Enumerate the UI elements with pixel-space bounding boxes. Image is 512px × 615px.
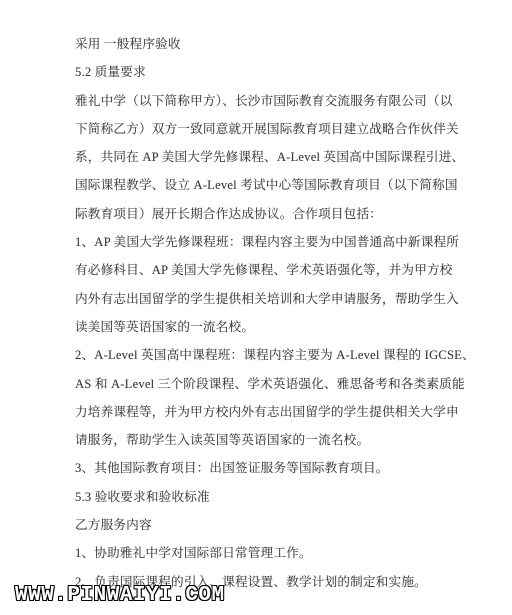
watermark: WWW.PINWAIYI.COM: [15, 584, 225, 607]
party-b-services-heading: 乙方服务内容: [75, 511, 445, 539]
clause-acceptance-procedure: 采用 一般程序验收: [75, 30, 445, 58]
section-5-3-heading: 5.3 验收要求和验收标准: [75, 483, 445, 511]
document-line: 下简称乙方）双方一致同意就开展国际教育项目建立战略合作伙伴关: [75, 115, 445, 143]
document-text-block: 采用 一般程序验收 5.2 质量要求 雅礼中学（以下简称甲方）、长沙市国际教育交…: [75, 30, 445, 596]
document-page: 采用 一般程序验收 5.2 质量要求 雅礼中学（以下简称甲方）、长沙市国际教育交…: [0, 0, 512, 615]
service-item-1: 1、协助雅礼中学对国际部日常管理工作。: [75, 539, 445, 567]
document-line: 有必修科目、AP 美国大学先修课程、学术英语强化等，并为甲方校: [75, 256, 445, 284]
list-item-3-other-programs: 3、其他国际教育项目：出国签证服务等国际教育项目。: [75, 454, 445, 482]
document-line: 请服务，帮助学生入读英国等英语国家的一流名校。: [75, 426, 445, 454]
document-line: 系，共同在 AP 美国大学先修课程、A-Level 英国高中国际课程引进、: [75, 143, 445, 171]
list-item-1-ap-program: 1、AP 美国大学先修课程班：课程内容主要为中国普通高中新课程所: [75, 228, 445, 256]
list-item-2-alevel-program: 2、A-Level 英国高中课程班：课程内容主要为 A-Level 课程的 IG…: [75, 341, 445, 369]
document-line: 国际课程教学、设立 A-Level 考试中心等国际教育项目（以下简称国: [75, 171, 445, 199]
document-line: AS 和 A-Level 三个阶段课程、学术英语强化、雅思备考和各类素质能: [75, 370, 445, 398]
document-line: 际教育项目）展开长期合作达成协议。合作项目包括：: [75, 200, 445, 228]
section-5-2-heading: 5.2 质量要求: [75, 58, 445, 86]
document-line: 读美国等英语国家的一流名校。: [75, 313, 445, 341]
document-line: 内外有志出国留学的学生提供相关培训和大学申请服务，帮助学生入: [75, 285, 445, 313]
document-line: 力培养课程等，并为甲方校内外有志出国留学的学生提供相关大学申: [75, 398, 445, 426]
document-line: 雅礼中学（以下简称甲方）、长沙市国际教育交流服务有限公司（以: [75, 87, 445, 115]
